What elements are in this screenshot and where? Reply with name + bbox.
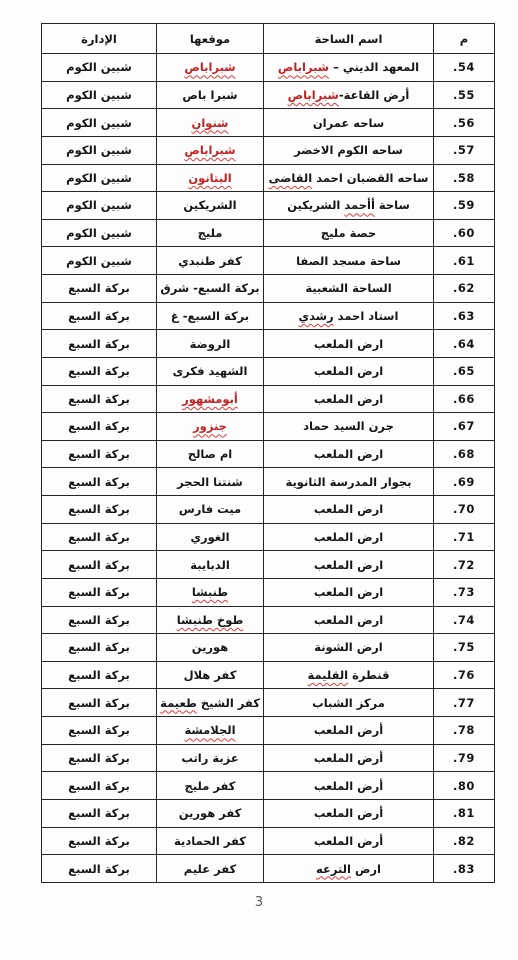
cell-text: 60.	[453, 226, 475, 240]
cell-text: الروضة	[190, 337, 231, 351]
table-row: 73.ارض الملعبطنبشابركة السبع	[42, 578, 495, 606]
cell-text: الشريكين	[183, 198, 236, 212]
row-number-cell: 78.	[434, 717, 495, 745]
table-row: 59.ساحة أأحمد الشريكينالشريكينشبين الكوم	[42, 192, 495, 220]
cell-text: استاد احمد	[334, 309, 399, 323]
location-cell: كفر الحمادية	[157, 827, 264, 855]
administration-cell: شبين الكوم	[42, 247, 157, 275]
administration-cell: بركة السبع	[42, 357, 157, 385]
location-cell: الجلامشة	[157, 717, 264, 745]
header-administration: الإدارة	[42, 24, 157, 54]
location-cell: هورين	[157, 634, 264, 662]
cell-text: ارض الملعب	[314, 502, 383, 516]
table-row: 76.قنطرة القليمةكفر هلالبركة السبع	[42, 661, 495, 689]
cell-text: شبين الكوم	[66, 254, 132, 268]
row-number-cell: 55.	[434, 81, 495, 109]
row-number-cell: 72.	[434, 551, 495, 579]
location-cell: الشهيد فكرى	[157, 357, 264, 385]
table-row: 79.أرض الملعبعزبة راتببركة السبع	[42, 744, 495, 772]
cell-text: 59.	[453, 198, 475, 212]
cell-text: شبراباص	[278, 60, 329, 74]
administration-cell: بركة السبع	[42, 440, 157, 468]
square-name-cell: ارض الترعه	[264, 855, 434, 883]
table-row: 55.أرض القاعة-شبراباصشبرا باصشبين الكوم	[42, 81, 495, 109]
row-number-cell: 65.	[434, 357, 495, 385]
cell-text: بركة السبع	[68, 447, 130, 461]
cell-text: 63.	[453, 309, 475, 323]
administration-cell: بركة السبع	[42, 496, 157, 524]
cell-text: بركة السبع	[68, 696, 130, 710]
square-name-cell: ارض الملعب	[264, 578, 434, 606]
cell-text: 62.	[453, 281, 475, 295]
cell-text: 76.	[453, 668, 475, 682]
cell-text: الشهيد فكرى	[173, 364, 248, 378]
cell-text: أرض الملعب	[314, 751, 383, 765]
row-number-cell: 73.	[434, 578, 495, 606]
square-name-cell: حصة مليج	[264, 219, 434, 247]
cell-text: كفر عليم	[184, 862, 236, 876]
cell-text: مليج	[198, 226, 223, 240]
cell-text: شبين الكوم	[66, 116, 132, 130]
cell-text: 69.	[453, 475, 475, 489]
cell-text: شبرا باص	[182, 88, 237, 102]
cell-text: شبراباص	[184, 60, 235, 74]
cell-text: عزبة راتب	[181, 751, 238, 765]
row-number-cell: 70.	[434, 496, 495, 524]
cell-text: 75.	[453, 640, 475, 654]
square-name-cell: أرض القاعة-شبراباص	[264, 81, 434, 109]
square-name-cell: أرض الملعب	[264, 744, 434, 772]
cell-text: رشدي	[299, 309, 334, 323]
cell-text: طنبشا	[192, 585, 228, 599]
cell-text: 56.	[453, 116, 475, 130]
location-cell: الروضة	[157, 330, 264, 358]
row-number-cell: 74.	[434, 606, 495, 634]
row-number-cell: 58.	[434, 164, 495, 192]
cell-text: ارض الملعب	[314, 447, 383, 461]
administration-cell: بركة السبع	[42, 634, 157, 662]
row-number-cell: 71.	[434, 523, 495, 551]
cell-text: ساحة مسجد الصفا	[296, 254, 401, 268]
row-number-cell: 69.	[434, 468, 495, 496]
cell-text: 72.	[453, 558, 475, 572]
table-row: 65.ارض الملعبالشهيد فكرىبركة السبع	[42, 357, 495, 385]
cell-text: 83.	[453, 862, 475, 876]
row-number-cell: 76.	[434, 661, 495, 689]
cell-text: ام صالح	[188, 447, 232, 461]
cell-text: بركة السبع	[68, 419, 130, 433]
cell-text: 71.	[453, 530, 475, 544]
cell-text: بركة السبع	[68, 530, 130, 544]
cell-text: بركة السبع	[68, 723, 130, 737]
square-name-cell: الساحة الشعبية	[264, 275, 434, 303]
administration-cell: بركة السبع	[42, 744, 157, 772]
location-cell: بركة السبع- شرق	[157, 275, 264, 303]
cell-text: شنتنا الحجر	[177, 475, 243, 489]
cell-text: بركة السبع- شرق	[160, 281, 259, 295]
table-row: 57.ساحه الكوم الاخضرشبراباصشبين الكوم	[42, 136, 495, 164]
row-number-cell: 64.	[434, 330, 495, 358]
administration-cell: بركة السبع	[42, 606, 157, 634]
cell-text: بركة السبع	[68, 668, 130, 682]
cell-text: الدبايبة	[190, 558, 230, 572]
location-cell: الدبايبة	[157, 551, 264, 579]
square-name-cell: ارض الملعب	[264, 357, 434, 385]
cell-text: شبين الكوم	[66, 171, 132, 185]
cell-text: 65.	[453, 364, 475, 378]
square-name-cell: ارض الملعب	[264, 440, 434, 468]
cell-text: 80.	[453, 779, 475, 793]
cell-text: قنطرة	[348, 668, 389, 682]
cell-text: 77.	[453, 696, 475, 710]
location-cell: كفر طنبدي	[157, 247, 264, 275]
square-name-cell: ارض الملعب	[264, 330, 434, 358]
administration-cell: شبين الكوم	[42, 192, 157, 220]
location-cell: شبراباص	[157, 54, 264, 82]
row-number-cell: 77.	[434, 689, 495, 717]
cell-text: 55.	[453, 88, 475, 102]
cell-text: بركة السبع- غ	[171, 309, 249, 323]
cell-text: 70.	[453, 502, 475, 516]
square-name-cell: ارض الملعب	[264, 523, 434, 551]
cell-text: ساحه القضبان احمد	[312, 171, 428, 185]
location-cell: شبرا باص	[157, 81, 264, 109]
cell-text: 64.	[453, 337, 475, 351]
cell-text: بجوار المدرسة الثانوية	[286, 475, 412, 489]
cell-text: ارض الملعب	[314, 558, 383, 572]
cell-text: جرن السيد حماد	[303, 419, 394, 433]
cell-text: القاضى	[269, 171, 313, 185]
cell-text: بركة السبع	[68, 640, 130, 654]
cell-text: شبين الكوم	[66, 226, 132, 240]
cell-text: أرض الملعب	[314, 806, 383, 820]
table-row: 63.استاد احمد رشديبركة السبع- غبركة السب…	[42, 302, 495, 330]
cell-text: بركة السبع	[68, 751, 130, 765]
table-row: 78.أرض الملعبالجلامشةبركة السبع	[42, 717, 495, 745]
square-name-cell: ساحه الكوم الاخضر	[264, 136, 434, 164]
cell-text: بركة السبع	[68, 862, 130, 876]
cell-text: 57.	[453, 143, 475, 157]
row-number-cell: 60.	[434, 219, 495, 247]
table-row: 60.حصة مليجمليجشبين الكوم	[42, 219, 495, 247]
cell-text: ساحه عمران	[313, 116, 384, 130]
square-name-cell: مركز الشباب	[264, 689, 434, 717]
table-row: 82.أرض الملعبكفر الحماديةبركة السبع	[42, 827, 495, 855]
location-cell: طوخ طنبشا	[157, 606, 264, 634]
administration-cell: بركة السبع	[42, 689, 157, 717]
cell-text: ارض الملعب	[314, 364, 383, 378]
table-header-row: م اسم الساحة موقعها الإدارة	[42, 24, 495, 54]
administration-cell: شبين الكوم	[42, 219, 157, 247]
square-name-cell: استاد احمد رشدي	[264, 302, 434, 330]
administration-cell: بركة السبع	[42, 578, 157, 606]
table-row: 70.ارض الملعبميت فارسبركة السبع	[42, 496, 495, 524]
cell-text: ارض	[351, 862, 381, 876]
cell-text: بركة السبع	[68, 613, 130, 627]
table-row: 69.بجوار المدرسة الثانويةشنتنا الحجربركة…	[42, 468, 495, 496]
cell-text: 58.	[453, 171, 475, 185]
cell-text: بركة السبع	[68, 364, 130, 378]
location-cell: البتانون	[157, 164, 264, 192]
administration-cell: بركة السبع	[42, 523, 157, 551]
table-row: 67.جرن السيد حمادجنزوربركة السبع	[42, 413, 495, 441]
cell-text: 73.	[453, 585, 475, 599]
square-name-cell: أرض الملعب	[264, 772, 434, 800]
cell-text: بركة السبع	[68, 309, 130, 323]
cell-text: شبراباص	[288, 88, 339, 102]
cell-text: 74.	[453, 613, 475, 627]
cell-text: أبومشهور	[182, 392, 238, 406]
cell-text: ارض الملعب	[314, 337, 383, 351]
location-cell: كفر مليج	[157, 772, 264, 800]
administration-cell: بركة السبع	[42, 385, 157, 413]
cell-text: ارض الملعب	[314, 585, 383, 599]
cell-text: الجلامشة	[184, 723, 235, 737]
location-cell: الشريكين	[157, 192, 264, 220]
cell-text: بركة السبع	[68, 475, 130, 489]
cell-text: كفر هورين	[179, 806, 242, 820]
square-name-cell: ساحة أأحمد الشريكين	[264, 192, 434, 220]
administration-cell: بركة السبع	[42, 827, 157, 855]
cell-text: بركة السبع	[68, 585, 130, 599]
cell-text: ارض الملعب	[314, 530, 383, 544]
row-number-cell: 83.	[434, 855, 495, 883]
cell-text: طوخ طنبشا	[177, 613, 244, 627]
cell-text: حصة مليج	[321, 226, 376, 240]
row-number-cell: 79.	[434, 744, 495, 772]
cell-text: جنزور	[193, 419, 227, 433]
cell-text: 82.	[453, 834, 475, 848]
table-row: 74.ارض الملعبطوخ طنبشابركة السبع	[42, 606, 495, 634]
cell-text: أرض الملعب	[314, 723, 383, 737]
page-number: 3	[0, 895, 518, 910]
administration-cell: بركة السبع	[42, 661, 157, 689]
cell-text: الغوري	[190, 530, 229, 544]
administration-cell: شبين الكوم	[42, 109, 157, 137]
cell-text: 68.	[453, 447, 475, 461]
cell-text: بركة السبع	[68, 337, 130, 351]
administration-cell: شبين الكوم	[42, 164, 157, 192]
administration-cell: شبين الكوم	[42, 136, 157, 164]
row-number-cell: 56.	[434, 109, 495, 137]
administration-cell: شبين الكوم	[42, 81, 157, 109]
cell-text: كفر الشيخ	[197, 696, 260, 710]
square-name-cell: قنطرة القليمة	[264, 661, 434, 689]
table-row: 58.ساحه القضبان احمد القاضىالبتانونشبين …	[42, 164, 495, 192]
cell-text: طعيمة	[160, 696, 197, 710]
table-row: 75.ارض الشونةهورينبركة السبع	[42, 634, 495, 662]
row-number-cell: 57.	[434, 136, 495, 164]
cell-text: بركة السبع	[68, 502, 130, 516]
administration-cell: بركة السبع	[42, 855, 157, 883]
location-cell: أبومشهور	[157, 385, 264, 413]
cell-text: أأحمد	[344, 198, 375, 212]
cell-text: ساحه الكوم الاخضر	[294, 143, 403, 157]
square-name-cell: أرض الملعب	[264, 827, 434, 855]
cell-text: شبين الكوم	[66, 198, 132, 212]
row-number-cell: 63.	[434, 302, 495, 330]
square-name-cell: ساحة مسجد الصفا	[264, 247, 434, 275]
cell-text: بركة السبع	[68, 834, 130, 848]
table-row: 61.ساحة مسجد الصفاكفر طنبديشبين الكوم	[42, 247, 495, 275]
location-cell: كفر الشيخ طعيمة	[157, 689, 264, 717]
location-cell: مليج	[157, 219, 264, 247]
row-number-cell: 81.	[434, 799, 495, 827]
table-row: 83.ارض الترعهكفر عليمبركة السبع	[42, 855, 495, 883]
row-number-cell: 80.	[434, 772, 495, 800]
administration-cell: بركة السبع	[42, 413, 157, 441]
cell-text: ارض الشونة	[314, 640, 383, 654]
cell-text: شنوان	[192, 116, 229, 130]
location-cell: شبراباص	[157, 136, 264, 164]
table-row: 64.ارض الملعبالروضةبركة السبع	[42, 330, 495, 358]
square-name-cell: المعهد الديني – شبراباص	[264, 54, 434, 82]
cell-text: شبين الكوم	[66, 60, 132, 74]
cell-text: الساحة الشعبية	[305, 281, 391, 295]
cell-text: 79.	[453, 751, 475, 765]
location-cell: جنزور	[157, 413, 264, 441]
table-row: 81.أرض الملعبكفر هورينبركة السبع	[42, 799, 495, 827]
cell-text: ميت فارس	[179, 502, 241, 516]
table-row: 66.ارض الملعبأبومشهوربركة السبع	[42, 385, 495, 413]
cell-text: شبين الكوم	[66, 88, 132, 102]
cell-text: 81.	[453, 806, 475, 820]
cell-text: أرض القاعة-	[339, 88, 410, 102]
location-cell: كفر هلال	[157, 661, 264, 689]
row-number-cell: 66.	[434, 385, 495, 413]
administration-cell: بركة السبع	[42, 551, 157, 579]
location-cell: ام صالح	[157, 440, 264, 468]
location-cell: عزبة راتب	[157, 744, 264, 772]
location-cell: شنوان	[157, 109, 264, 137]
row-number-cell: 82.	[434, 827, 495, 855]
cell-text: أرض الملعب	[314, 779, 383, 793]
cell-text: ساحة	[375, 198, 410, 212]
cell-text: شبين الكوم	[66, 143, 132, 157]
cell-text: بركة السبع	[68, 806, 130, 820]
cell-text: القليمة	[308, 668, 349, 682]
squares-table: م اسم الساحة موقعها الإدارة 54.المعهد ال…	[41, 23, 495, 883]
cell-text: الترعه	[316, 862, 351, 876]
cell-text: هورين	[192, 640, 228, 654]
administration-cell: بركة السبع	[42, 275, 157, 303]
row-number-cell: 54.	[434, 54, 495, 82]
square-name-cell: ارض الملعب	[264, 551, 434, 579]
document-page: م اسم الساحة موقعها الإدارة 54.المعهد ال…	[0, 0, 518, 960]
row-number-cell: 62.	[434, 275, 495, 303]
cell-text: 67.	[453, 419, 475, 433]
row-number-cell: 67.	[434, 413, 495, 441]
location-cell: بركة السبع- غ	[157, 302, 264, 330]
cell-text: ارض الملعب	[314, 392, 383, 406]
cell-text: كفر الحمادية	[174, 834, 246, 848]
table-row: 77.مركز الشبابكفر الشيخ طعيمةبركة السبع	[42, 689, 495, 717]
cell-text: 66.	[453, 392, 475, 406]
administration-cell: بركة السبع	[42, 330, 157, 358]
square-name-cell: ساحه القضبان احمد القاضى	[264, 164, 434, 192]
administration-cell: بركة السبع	[42, 302, 157, 330]
cell-text: ارض الملعب	[314, 613, 383, 627]
cell-text: 54.	[453, 60, 475, 74]
square-name-cell: أرض الملعب	[264, 717, 434, 745]
administration-cell: بركة السبع	[42, 468, 157, 496]
cell-text: شبراباص	[184, 143, 235, 157]
cell-text: 61.	[453, 254, 475, 268]
cell-text: البتانون	[188, 171, 231, 185]
administration-cell: بركة السبع	[42, 772, 157, 800]
square-name-cell: أرض الملعب	[264, 799, 434, 827]
table-row: 62.الساحة الشعبيةبركة السبع- شرقبركة الس…	[42, 275, 495, 303]
square-name-cell: ارض الملعب	[264, 606, 434, 634]
administration-cell: شبين الكوم	[42, 54, 157, 82]
cell-text: بركة السبع	[68, 779, 130, 793]
cell-text: كفر مليج	[185, 779, 236, 793]
header-number: م	[434, 24, 495, 54]
table-row: 68.ارض الملعبام صالحبركة السبع	[42, 440, 495, 468]
square-name-cell: ارض الشونة	[264, 634, 434, 662]
header-square-name: اسم الساحة	[264, 24, 434, 54]
row-number-cell: 59.	[434, 192, 495, 220]
square-name-cell: ارض الملعب	[264, 496, 434, 524]
cell-text: أرض الملعب	[314, 834, 383, 848]
row-number-cell: 75.	[434, 634, 495, 662]
cell-text: بركة السبع	[68, 558, 130, 572]
cell-text: بركة السبع	[68, 392, 130, 406]
table-row: 71.ارض الملعبالغوريبركة السبع	[42, 523, 495, 551]
cell-text: كفر هلال	[184, 668, 237, 682]
location-cell: شنتنا الحجر	[157, 468, 264, 496]
cell-text: 78.	[453, 723, 475, 737]
cell-text: المعهد الديني –	[329, 60, 419, 74]
location-cell: كفر عليم	[157, 855, 264, 883]
row-number-cell: 68.	[434, 440, 495, 468]
table-row: 56.ساحه عمرانشنوانشبين الكوم	[42, 109, 495, 137]
square-name-cell: ساحه عمران	[264, 109, 434, 137]
location-cell: طنبشا	[157, 578, 264, 606]
location-cell: كفر هورين	[157, 799, 264, 827]
table-row: 80.أرض الملعبكفر مليجبركة السبع	[42, 772, 495, 800]
cell-text: مركز الشباب	[312, 696, 385, 710]
cell-text: الشريكين	[287, 198, 344, 212]
row-number-cell: 61.	[434, 247, 495, 275]
square-name-cell: بجوار المدرسة الثانوية	[264, 468, 434, 496]
cell-text: كفر طنبدي	[178, 254, 242, 268]
table-row: 54.المعهد الديني – شبراباصشبراباصشبين ال…	[42, 54, 495, 82]
header-location: موقعها	[157, 24, 264, 54]
table-row: 72.ارض الملعبالدبايبةبركة السبع	[42, 551, 495, 579]
square-name-cell: ارض الملعب	[264, 385, 434, 413]
location-cell: الغوري	[157, 523, 264, 551]
administration-cell: بركة السبع	[42, 799, 157, 827]
square-name-cell: جرن السيد حماد	[264, 413, 434, 441]
location-cell: ميت فارس	[157, 496, 264, 524]
administration-cell: بركة السبع	[42, 717, 157, 745]
cell-text: بركة السبع	[68, 281, 130, 295]
